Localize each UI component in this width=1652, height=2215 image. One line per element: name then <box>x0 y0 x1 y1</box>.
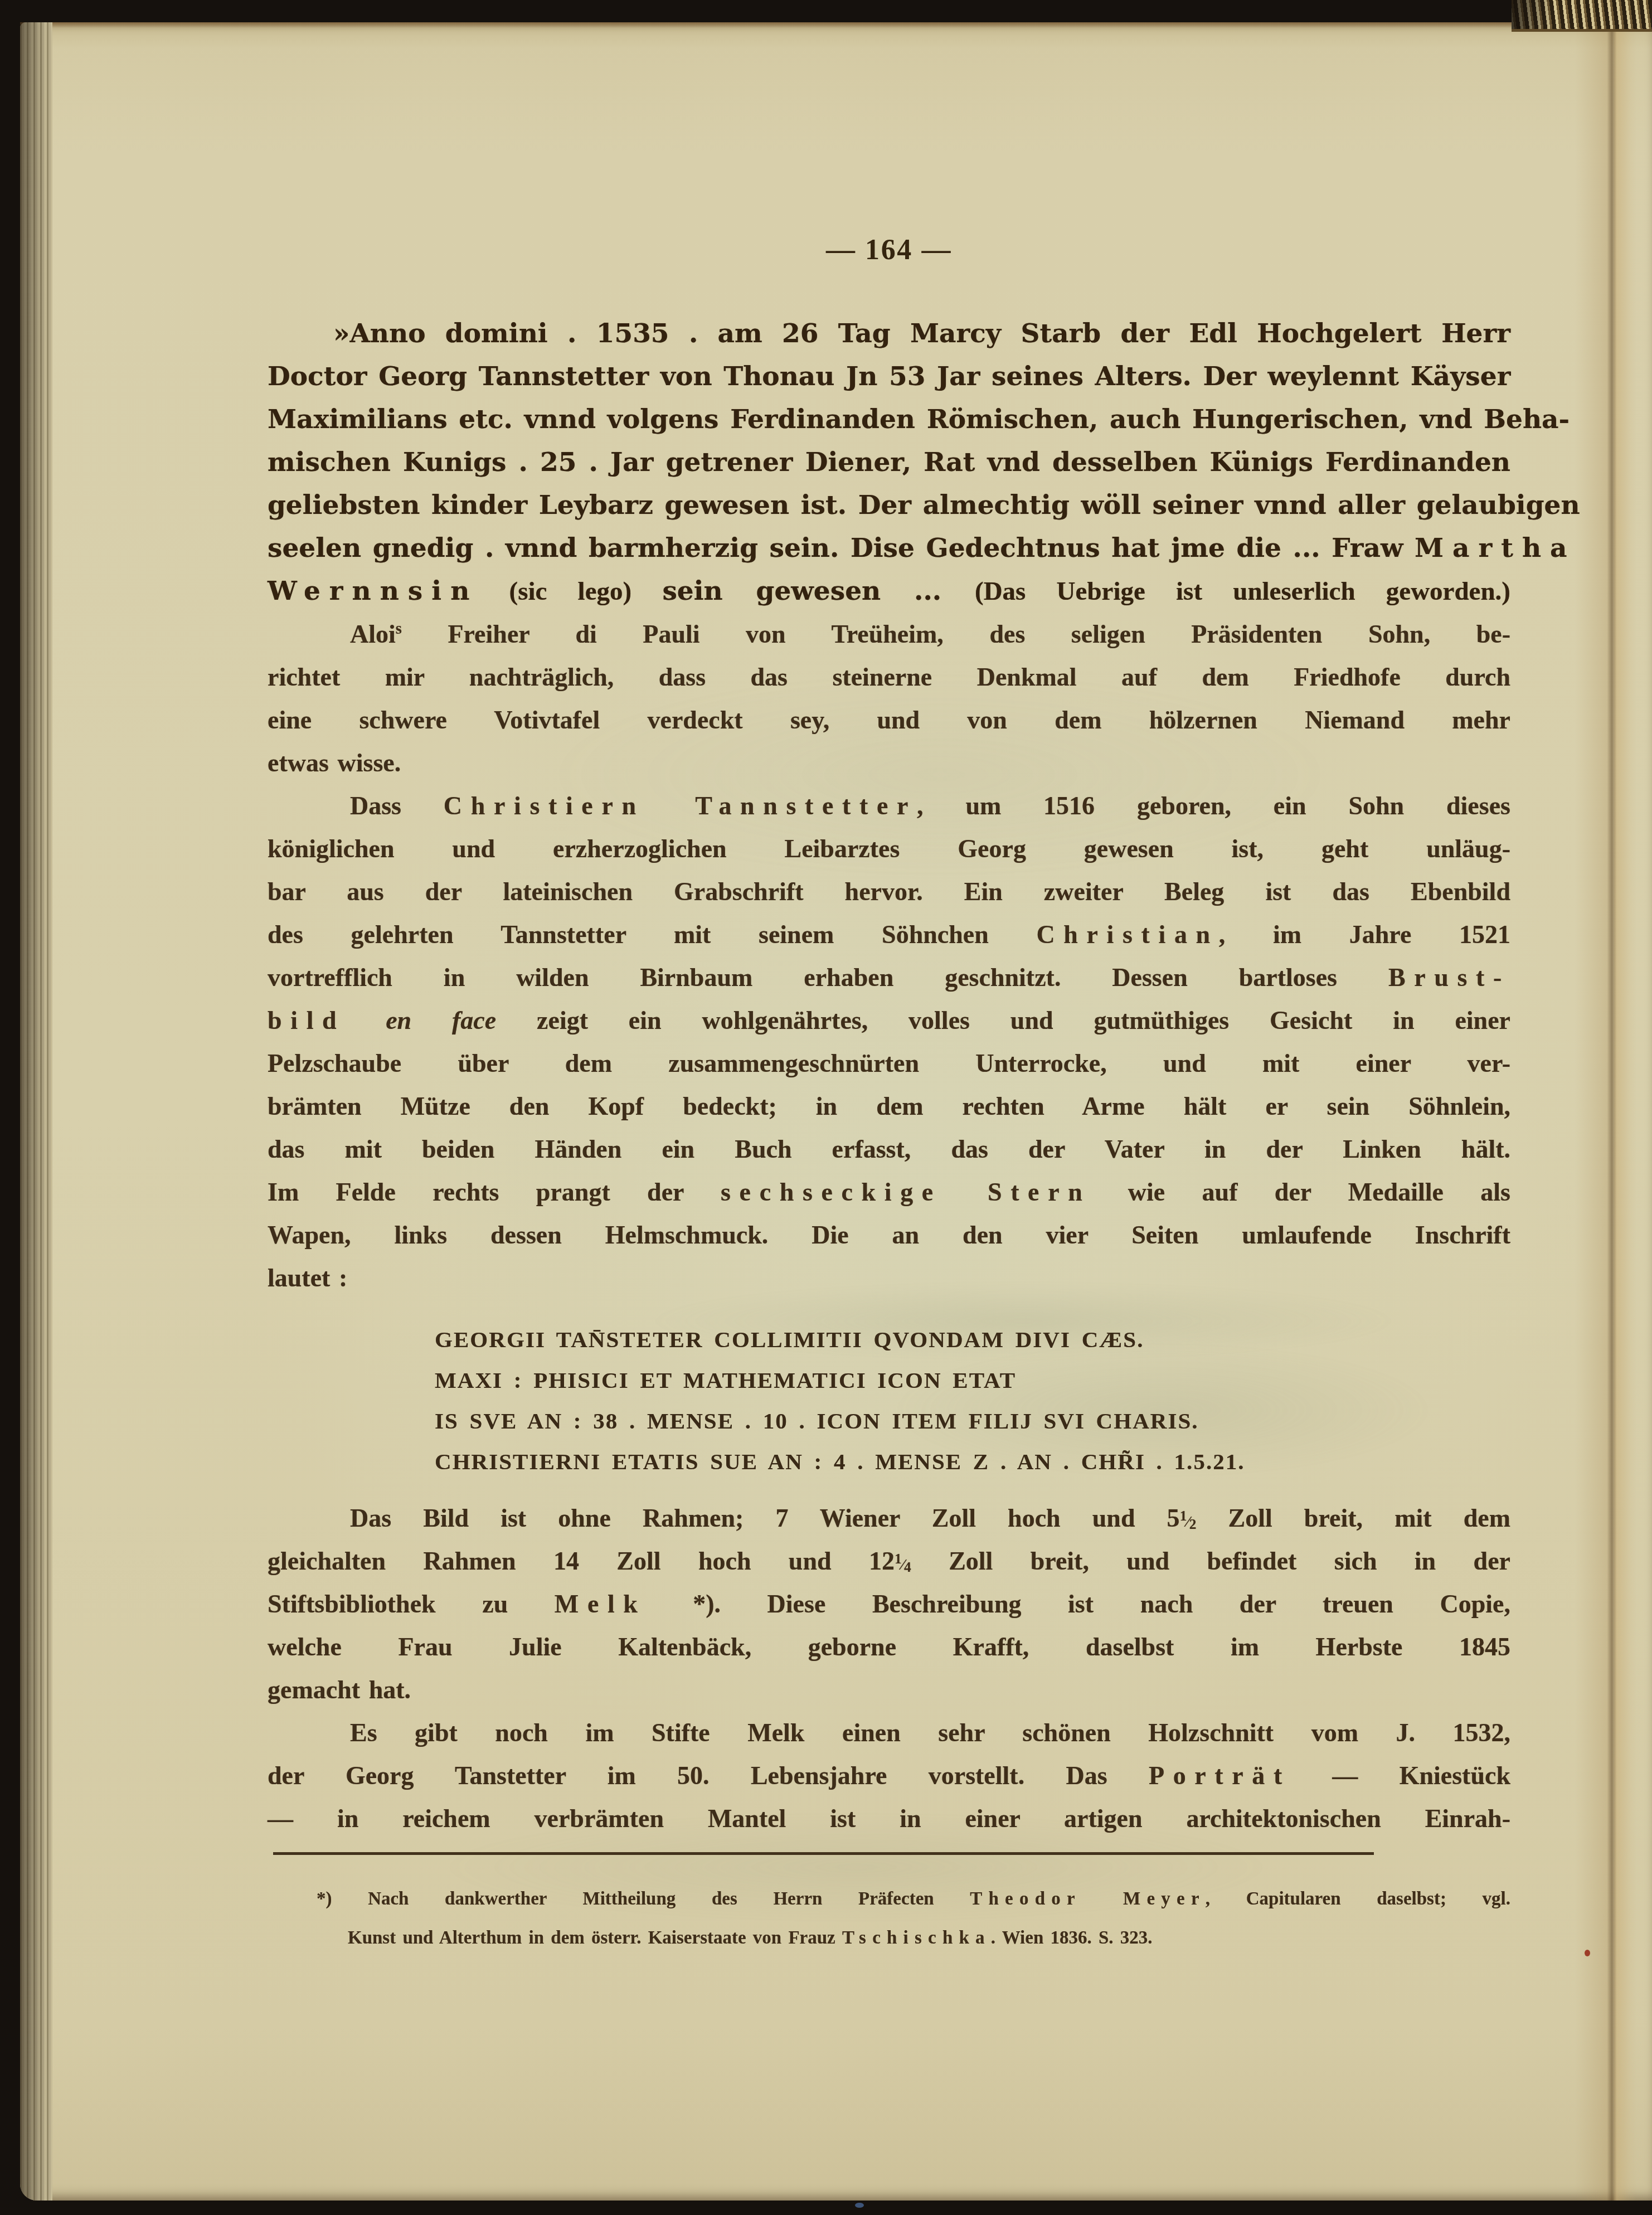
text-line: *) Nach dankwerther Mittheilung des Herr… <box>317 1879 1510 1918</box>
footnote: *) Nach dankwerther Mittheilung des Herr… <box>268 1879 1510 1957</box>
text-segment: seelen gnedig . vnnd barmherzig sein. Di… <box>268 533 1415 564</box>
text-segment: gleichalten Rahmen 14 Zoll hoch und 12 <box>268 1547 895 1575</box>
text-segment: eine schwere Votivtafel verdeckt sey, un… <box>268 706 1510 734</box>
text-segment: Kunst und Alterthum in dem österr. Kaise… <box>348 1928 842 1948</box>
text-line: brämten Mütze den Kopf bedeckt; in dem r… <box>268 1085 1510 1128</box>
text-line: königlichen und erzherzoglichen Leibarzt… <box>268 827 1510 870</box>
text-line: gleichalten Rahmen 14 Zoll hoch und 121⁄… <box>268 1539 1510 1582</box>
paragraph-antiqua: Das Bild ist ohne Rahmen; 7 Wiener Zoll … <box>268 1497 1510 1711</box>
text-line: Wernnsin (sic lego) sein gewesen ... (Da… <box>268 570 1510 613</box>
letterspaced-text: Tschischka <box>842 1928 991 1948</box>
letterspaced-text: Christiern Tannstetter <box>444 791 917 820</box>
text-segment: sein gewesen ... <box>662 576 975 606</box>
text-line: geliebsten kinder Leybarz gewesen ist. D… <box>268 484 1510 527</box>
text-segment: königlichen und erzherzoglichen Leibarzt… <box>268 834 1510 863</box>
text-line: Maximilians etc. vnnd volgens Ferdinande… <box>268 398 1510 441</box>
letterspaced-text: bild <box>268 1006 345 1034</box>
text-segment: CHRISTIERNI ETATIS SUE AN : 4 . MENSE Z … <box>435 1449 1245 1474</box>
text-segment: geliebsten kinder Leybarz gewesen ist. D… <box>268 490 1580 521</box>
text-line: gemacht hat. <box>268 1668 1510 1711</box>
text-segment: richtet mir nachträglich, dass das stein… <box>268 663 1510 691</box>
text-segment: Maximilians etc. vnnd volgens Ferdinande… <box>268 404 1570 435</box>
text-line: bar aus der lateinischen Grabschrift her… <box>268 870 1510 913</box>
text-segment: Doctor Georg Tannstetter von Thonau Jn 5… <box>268 361 1510 392</box>
text-line: richtet mir nachträglich, dass das stein… <box>268 655 1510 698</box>
text-segment: Pelzschaube über dem zusammengeschnürten… <box>268 1049 1510 1077</box>
text-segment: , um 1516 geboren, ein Sohn dieses <box>917 791 1510 820</box>
text-segment: »Anno domini . 1535 . am 26 Tag Marcy St… <box>333 318 1510 349</box>
text-segment: (Das Uebrige ist unleserlich geworden.) <box>975 577 1510 606</box>
blue-ink-speck <box>855 2203 864 2208</box>
text-segment: bar aus der lateinischen Grabschrift her… <box>268 877 1510 906</box>
page-stack-edge <box>20 22 52 2201</box>
text-segment: der Georg Tanstetter im 50. Lebensjahre … <box>268 1761 1149 1790</box>
text-segment: Wapen, links dessen Helmschmuck. Die an … <box>268 1221 1510 1249</box>
text-segment: , Capitularen daselbst; vgl. <box>1206 1889 1510 1909</box>
latin-inscription: GEORGII TAN̄STETER COLLIMITII QVONDAM DI… <box>268 1319 1510 1482</box>
page: — 164 —»Anno domini . 1535 . am 26 Tag M… <box>20 22 1652 2201</box>
italic-text: en face <box>386 1006 496 1034</box>
text-segment: wie auf der Medaille als <box>1091 1178 1510 1206</box>
binding-headband <box>1512 0 1652 32</box>
text-line: mischen Kunigs . 25 . Jar getrener Diene… <box>268 441 1510 484</box>
text-segment: brämten Mütze den Kopf bedeckt; in dem r… <box>268 1092 1510 1120</box>
text-line: Alois Freiher di Pauli von Treüheim, des… <box>268 613 1510 655</box>
letterspaced-text: Melk <box>555 1590 647 1618</box>
text-line: seelen gnedig . vnnd barmherzig sein. Di… <box>268 527 1510 570</box>
text-line: MAXI : PHISICI ET MATHEMATICI ICON ETAT <box>435 1360 1510 1401</box>
text-line: IS SVE AN : 38 . MENSE . 10 . ICON ITEM … <box>435 1401 1510 1441</box>
text-segment: Freiher di Pauli von Treüheim, des selig… <box>402 620 1510 648</box>
text-segment: — Kniestück <box>1291 1761 1510 1790</box>
text-segment: 1⁄4 <box>895 1556 911 1573</box>
text-segment: Zoll breit, und befindet sich in der <box>911 1547 1510 1575</box>
text-line: Stiftsbibliothek zu Melk *). Diese Besch… <box>268 1582 1510 1625</box>
text-segment: zeigt ein wohlgenährtes, volles und gutm… <box>496 1006 1510 1034</box>
text-line: Doctor Georg Tannstetter von Thonau Jn 5… <box>268 355 1510 398</box>
page-top-edge-shadow <box>20 22 1652 28</box>
footnote-separator-rule <box>273 1852 1374 1855</box>
text-segment: Dass <box>350 791 444 820</box>
letterspaced-text: Martha <box>1415 533 1576 564</box>
paragraph-antiqua: Dass Christiern Tannstetter, um 1516 geb… <box>268 784 1510 1299</box>
text-segment: Im Felde rechts prangt der <box>268 1178 721 1206</box>
text-segment: IS SVE AN : 38 . MENSE . 10 . ICON ITEM … <box>435 1408 1199 1434</box>
book-scan: — 164 —»Anno domini . 1535 . am 26 Tag M… <box>0 0 1652 2215</box>
text-segment: s <box>396 620 402 638</box>
text-segment: Es gibt noch im Stifte Melk einen sehr s… <box>350 1718 1510 1747</box>
text-segment: gemacht hat. <box>268 1675 411 1704</box>
page-gutter-crease <box>1575 22 1636 2201</box>
text-segment: , im Jahre 1521 <box>1219 920 1510 949</box>
paragraph-fraktur: »Anno domini . 1535 . am 26 Tag Marcy St… <box>268 312 1510 613</box>
text-line: das mit beiden Händen ein Buch erfasst, … <box>268 1128 1510 1170</box>
text-segment: Das Bild ist ohne Rahmen; 7 Wiener Zoll … <box>350 1504 1180 1532</box>
text-segment: *) Nach dankwerther Mittheilung des Herr… <box>317 1889 970 1909</box>
text-segment: Zoll breit, mit dem <box>1196 1504 1510 1532</box>
text-segment: GEORGII TAN̄STETER COLLIMITII QVONDAM DI… <box>435 1327 1144 1352</box>
text-line: Pelzschaube über dem zusammengeschnürten… <box>268 1042 1510 1085</box>
letterspaced-text: Porträt <box>1149 1761 1291 1790</box>
text-line: eine schwere Votivtafel verdeckt sey, un… <box>268 698 1510 741</box>
text-line: Wapen, links dessen Helmschmuck. Die an … <box>268 1213 1510 1256</box>
page-text-column: — 164 —»Anno domini . 1535 . am 26 Tag M… <box>268 233 1510 1957</box>
text-segment: *). Diese Beschreibung ist nach der treu… <box>647 1590 1510 1618</box>
text-segment: etwas wisse. <box>268 749 401 777</box>
text-line: GEORGII TAN̄STETER COLLIMITII QVONDAM DI… <box>435 1319 1510 1360</box>
text-line: des gelehrten Tannstetter mit seinem Söh… <box>268 913 1510 956</box>
text-segment: . Wien 1836. S. 323. <box>991 1928 1153 1948</box>
text-line: welche Frau Julie Kaltenbäck, geborne Kr… <box>268 1625 1510 1668</box>
text-segment: 1⁄2 <box>1180 1513 1197 1530</box>
text-line: CHRISTIERNI ETATIS SUE AN : 4 . MENSE Z … <box>435 1441 1510 1482</box>
paragraph-antiqua: Alois Freiher di Pauli von Treüheim, des… <box>268 613 1510 784</box>
letterspaced-text: Wernnsin <box>268 576 478 606</box>
text-segment: vortrefflich in wilden Birnbaum erhaben … <box>268 963 1388 992</box>
text-line: Kunst und Alterthum in dem österr. Kaise… <box>317 1918 1510 1957</box>
text-segment: Aloi <box>350 620 396 648</box>
letterspaced-text: Theodor Meyer <box>970 1889 1206 1909</box>
text-segment: das mit beiden Händen ein Buch erfasst, … <box>268 1135 1510 1163</box>
text-segment: MAXI : PHISICI ET MATHEMATICI ICON ETAT <box>435 1367 1016 1393</box>
text-line: vortrefflich in wilden Birnbaum erhaben … <box>268 956 1510 999</box>
text-segment: — in reichem verbrämten Mantel ist in ei… <box>268 1804 1510 1833</box>
page-number: — 164 — <box>268 233 1510 268</box>
text-line: der Georg Tanstetter im 50. Lebensjahre … <box>268 1754 1510 1797</box>
red-ink-speck <box>1585 1950 1590 1956</box>
text-segment: lautet : <box>268 1264 347 1292</box>
text-line: Im Felde rechts prangt der sechseckige S… <box>268 1170 1510 1213</box>
text-segment: (sic lego) <box>478 577 662 606</box>
text-line: lautet : <box>268 1256 1510 1299</box>
letterspaced-text: Brust- <box>1388 963 1510 992</box>
text-segment: Stiftsbibliothek zu <box>268 1590 555 1618</box>
letterspaced-text: sechseckige Stern <box>721 1178 1091 1206</box>
paragraph-antiqua: Es gibt noch im Stifte Melk einen sehr s… <box>268 1711 1510 1840</box>
text-line: — in reichem verbrämten Mantel ist in ei… <box>268 1797 1510 1840</box>
text-line: Das Bild ist ohne Rahmen; 7 Wiener Zoll … <box>268 1497 1510 1539</box>
text-segment: des gelehrten Tannstetter mit seinem Söh… <box>268 920 1036 949</box>
text-segment: mischen Kunigs . 25 . Jar getrener Diene… <box>268 447 1510 478</box>
text-line: bild en face zeigt ein wohlgenährtes, vo… <box>268 999 1510 1042</box>
text-segment: welche Frau Julie Kaltenbäck, geborne Kr… <box>268 1633 1510 1661</box>
text-line: »Anno domini . 1535 . am 26 Tag Marcy St… <box>268 312 1510 355</box>
letterspaced-text: Christian <box>1036 920 1218 949</box>
text-line: etwas wisse. <box>268 741 1510 784</box>
text-line: Es gibt noch im Stifte Melk einen sehr s… <box>268 1711 1510 1754</box>
text-line: Dass Christiern Tannstetter, um 1516 geb… <box>268 784 1510 827</box>
text-segment <box>345 1006 386 1034</box>
